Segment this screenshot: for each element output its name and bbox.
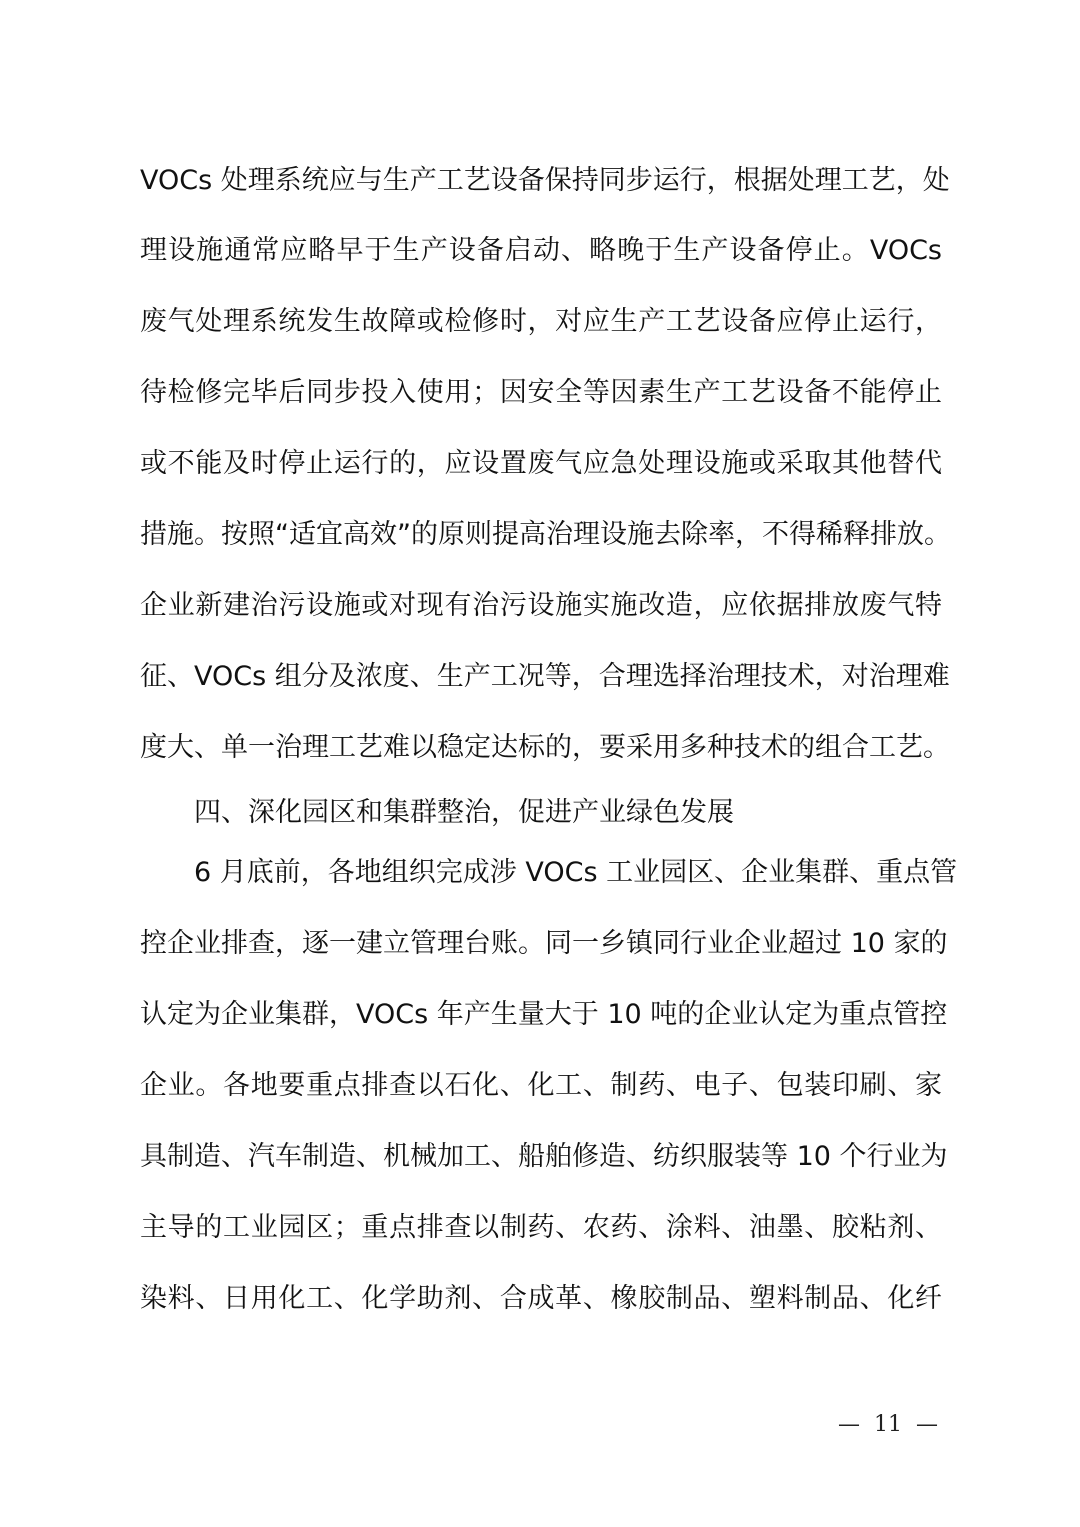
paragraph-line: 理设施通常应略早于生产设备启动、略晚于生产设备停止。VOCs: [140, 233, 942, 269]
paragraph-line: 6 月底前，各地组织完成涉 VOCs 工业园区、企业集群、重点管: [194, 855, 942, 891]
paragraph-line: 认定为企业集群，VOCs 年产生量大于 10 吨的企业认定为重点管控: [140, 997, 942, 1033]
paragraph-line: 待检修完毕后同步投入使用；因安全等因素生产工艺设备不能停止: [140, 375, 942, 411]
paragraph-line: 企业。各地要重点排查以石化、化工、制药、电子、包装印刷、家: [140, 1068, 942, 1104]
paragraph-line: 或不能及时停止运行的，应设置废气应急处理设施或采取其他替代: [140, 446, 942, 482]
document-page: VOCs 处理系统应与生产工艺设备保持同步运行，根据处理工艺，处 理设施通常应略…: [0, 0, 1080, 1527]
paragraph-line: 企业新建治污设施或对现有治污设施实施改造，应依据排放废气特: [140, 588, 942, 624]
paragraph-line: 征、VOCs 组分及浓度、生产工况等，合理选择治理技术，对治理难: [140, 659, 942, 695]
section-heading: 四、深化园区和集群整治，促进产业绿色发展: [194, 795, 734, 831]
paragraph-line: 主导的工业园区；重点排查以制药、农药、涂料、油墨、胶粘剂、: [140, 1210, 942, 1246]
paragraph-line: 措施。按照“适宜高效”的原则提高治理设施去除率，不得稀释排放。: [140, 517, 942, 553]
paragraph-line: 废气处理系统发生故障或检修时，对应生产工艺设备应停止运行，: [140, 304, 942, 340]
page-number: — 11 —: [828, 1410, 948, 1440]
paragraph-line: 度大、单一治理工艺难以稳定达标的，要采用多种技术的组合工艺。: [140, 730, 942, 766]
paragraph-line: 控企业排查，逐一建立管理台账。同一乡镇同行业企业超过 10 家的: [140, 926, 942, 962]
paragraph-line: 染料、日用化工、化学助剂、合成革、橡胶制品、塑料制品、化纤: [140, 1281, 942, 1317]
paragraph-line: 具制造、汽车制造、机械加工、船舶修造、纺织服装等 10 个行业为: [140, 1139, 942, 1175]
paragraph-line: VOCs 处理系统应与生产工艺设备保持同步运行，根据处理工艺，处: [140, 163, 942, 199]
